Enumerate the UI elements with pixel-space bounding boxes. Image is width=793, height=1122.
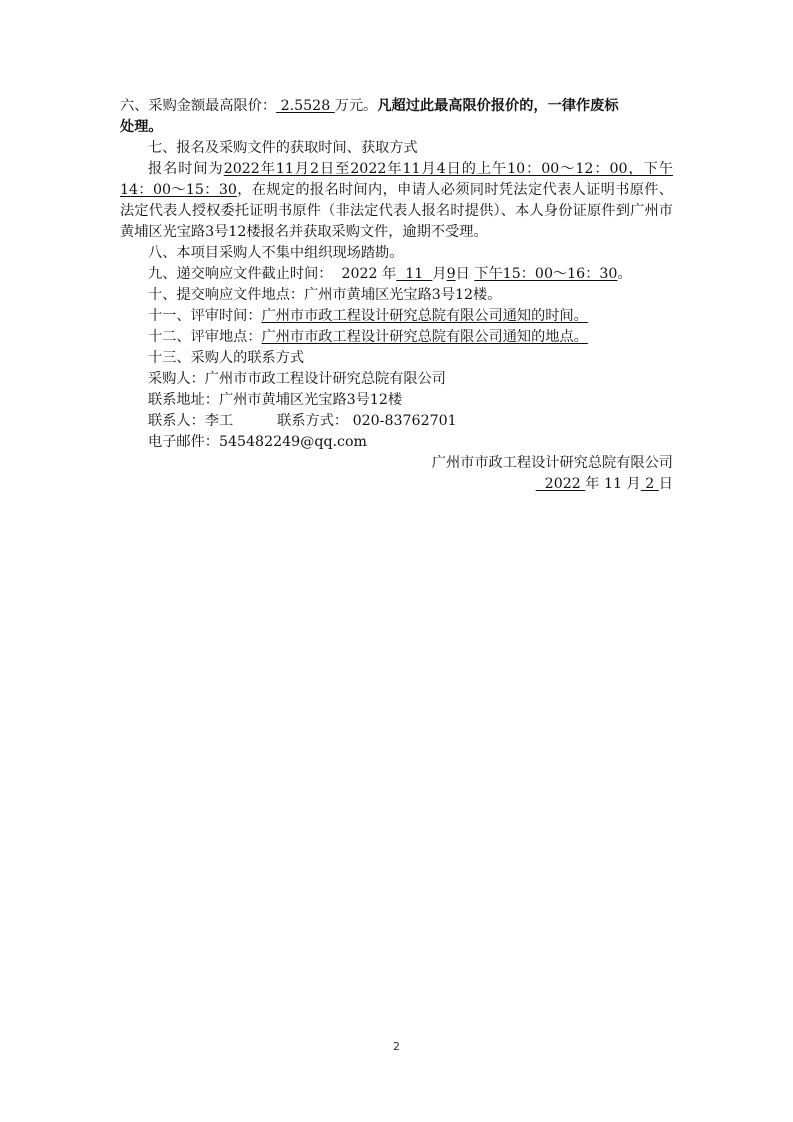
registration-prefix: 报名时间为 [148,161,224,177]
signature-year: 2022 [536,476,586,492]
section-6-price-cap: 六、采购金额最高限价： 2.5528 万元。凡超过此最高限价报价的，一律作废标 [120,96,673,117]
deadline-end: 。 [617,266,631,282]
section-9-deadline: 九、递交响应文件截止时间： 2022 年 11 月9日 下午15：00～16：3… [120,264,673,285]
section-11-review-time: 十一、评审时间：广州市市政工程设计研究总院有限公司通知的时间。 [120,306,673,327]
contact-phone: 联系方式： 020-83762701 [277,413,457,429]
signature-company: 广州市市政工程设计研究总院有限公司 [120,453,673,474]
signature-year-suffix: 年 11 月 [585,476,640,492]
price-cap-note-cont: 处理。 [120,117,673,138]
review-time-label: 十一、评审时间： [148,308,262,324]
document-body: 六、采购金额最高限价： 2.5528 万元。凡超过此最高限价报价的，一律作废标 … [120,96,673,495]
review-location-label: 十二、评审地点： [148,329,262,345]
price-cap-amount: 2.5528 [276,98,335,114]
signature-date: 2022 年 11 月 2 日 [120,474,673,495]
review-location-value: 广州市市政工程设计研究总院有限公司通知的地点。 [262,329,588,345]
deadline-day: 9 [447,266,456,282]
contact-line: 联系人：李工联系方式： 020-83762701 [120,411,673,432]
section-13-title: 十三、采购人的联系方式 [120,348,673,369]
section-7-title: 七、报名及采购文件的获取时间、获取方式 [120,138,673,159]
purchaser-name: 采购人：广州市市政工程设计研究总院有限公司 [120,369,673,390]
price-cap-label: 六、采购金额最高限价： [120,98,276,114]
deadline-month-suffix: 月 [432,266,446,282]
page-number: 2 [0,1040,793,1053]
review-time-value: 广州市市政工程设计研究总院有限公司通知的时间。 [262,308,588,324]
price-cap-unit: 万元。 [335,98,378,114]
deadline-label: 九、递交响应文件截止时间： 2022 年 [148,266,396,282]
section-8-site-visit: 八、本项目采购人不集中组织现场踏勘。 [120,243,673,264]
section-10-location: 十、提交响应文件地点：广州市黄埔区光宝路3号12楼。 [120,285,673,306]
signature-day: 2 [641,476,659,492]
price-cap-note: 凡超过此最高限价报价的，一律作废标 [377,98,618,114]
signature-day-suffix: 日 [659,476,673,492]
section-7-body: 报名时间为2022年11月2日至2022年11月4日的上午10：00～12：00… [120,159,673,243]
purchaser-address: 联系地址：广州市黄埔区光宝路3号12楼 [120,390,673,411]
contact-person: 联系人：李工 [148,413,233,429]
section-12-review-location: 十二、评审地点：广州市市政工程设计研究总院有限公司通知的地点。 [120,327,673,348]
document-page: 六、采购金额最高限价： 2.5528 万元。凡超过此最高限价报价的，一律作废标 … [0,0,793,1122]
deadline-time: 下午15：00～16：30 [474,266,617,282]
deadline-day-suffix: 日 [456,266,475,282]
contact-email: 电子邮件：545482249@qq.com [120,432,673,453]
deadline-month: 11 [396,266,432,282]
